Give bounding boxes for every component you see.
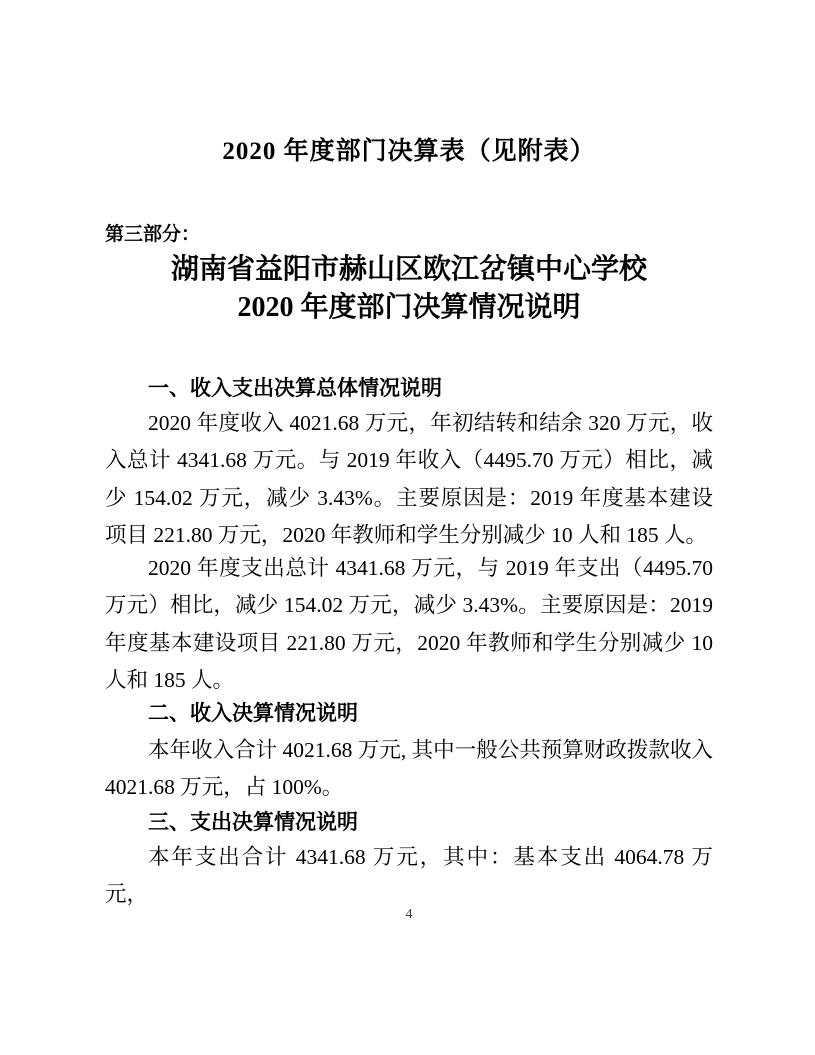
section-heading-overall-statement: 一、收入支出决算总体情况说明	[105, 370, 713, 407]
organization-name: 湖南省益阳市赫山区欧江岔镇中心学校	[105, 250, 713, 290]
document-subtitle: 2020 年度部门决算情况说明	[105, 288, 713, 328]
paragraph-expenditure-overview: 2020 年度支出总计 4341.68 万元，与 2019 年支出（4495.7…	[105, 550, 713, 700]
page-number: 4	[105, 907, 713, 923]
paragraph-income-overview: 2020 年度收入 4021.68 万元，年初结转和结余 320 万元，收入总计…	[105, 405, 713, 555]
section-heading-income-statement: 二、收入决算情况说明	[105, 695, 713, 732]
paragraph-income-detail: 本年收入合计 4021.68 万元, 其中一般公共预算财政拨款收入 4021.6…	[105, 732, 713, 807]
document-title: 2020 年度部门决算表（见附表）	[105, 134, 713, 170]
section-heading-expenditure-statement: 三、支出决算情况说明	[105, 804, 713, 841]
document-page: 2020 年度部门决算表（见附表） 第三部分： 湖南省益阳市赫山区欧江岔镇中心学…	[0, 0, 815, 1055]
paragraph-expenditure-detail: 本年支出合计 4341.68 万元，其中：基本支出 4064.78 万元，	[105, 839, 713, 914]
section-part-label: 第三部分：	[105, 221, 200, 249]
